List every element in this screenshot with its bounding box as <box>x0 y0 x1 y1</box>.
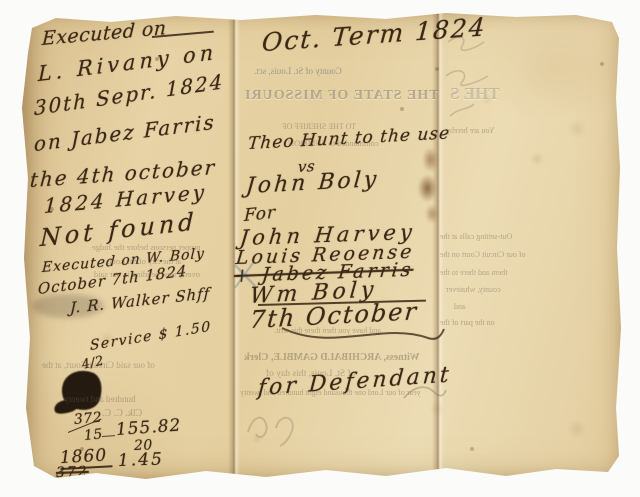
for-label: For <box>244 203 277 227</box>
ghost-writing-icon <box>440 24 500 134</box>
math-struck: 372 <box>56 464 89 481</box>
ink-stain <box>414 136 444 231</box>
service-fee-line: Service $ 1.50 <box>90 319 212 354</box>
ghost-squiggle-icon <box>242 402 302 450</box>
bleed-line-them-there: them and there to the <box>440 268 508 277</box>
bleed-line-circuit-court: of our Circuit Court on the <box>440 250 526 259</box>
bleed-state-title: THE STATE OF MISSOURI <box>244 88 439 104</box>
ink-ghost-top <box>440 24 500 134</box>
bleed-pending: overly now pending in our said <box>94 269 200 279</box>
math-product: 155.82 <box>115 415 182 440</box>
math-result: 1.45 <box>118 449 165 471</box>
bleed-writ-line: and have you then there this writ. <box>274 326 381 335</box>
bleed-proper-persons: proper persons before the Judge <box>92 242 201 252</box>
ink-ghost-bottom <box>400 376 450 410</box>
note-executed-rivany: Executed on <box>41 17 167 50</box>
blue-cross-icon <box>232 260 258 290</box>
math-bottom: 15 <box>83 426 103 444</box>
bleed-line-county: county, whatever <box>446 285 501 294</box>
bleed-county-heading: County of St. Louis, sct. <box>254 66 342 76</box>
blue-cross-mark <box>232 260 258 290</box>
bleed-city-stlouis: at the city of St. Louis <box>106 256 182 266</box>
bleed-clk-cc: Clk. C. C. <box>102 408 142 419</box>
note-jabez-farris: on Jabez Farris <box>34 110 216 157</box>
paper-speckles <box>16 8 18 10</box>
bleed-witness-gamble: Witness, ARCHIBALD GAMBLE, Clerk <box>244 352 420 363</box>
equals-dash <box>102 435 115 437</box>
bleed-line-part-of: on the part of the <box>440 318 495 327</box>
document-paper: Executed on L. Rivany on 30th Sepr. 1824… <box>16 8 626 488</box>
ink-ghost-loops <box>242 402 302 450</box>
bleed-circuit-court: of our said Circuit Court, at the <box>42 360 155 370</box>
document-photo: Executed on L. Rivany on 30th Sepr. 1824… <box>0 0 640 497</box>
bleed-hundred-twenty: hundred and twenty <box>64 394 135 404</box>
bleed-line-and: and <box>454 302 466 311</box>
defendant-name: John Boly <box>245 167 380 199</box>
ghost-tail-icon <box>400 376 450 410</box>
bleed-line-outsetting: Out-setting calls at the <box>440 232 512 241</box>
